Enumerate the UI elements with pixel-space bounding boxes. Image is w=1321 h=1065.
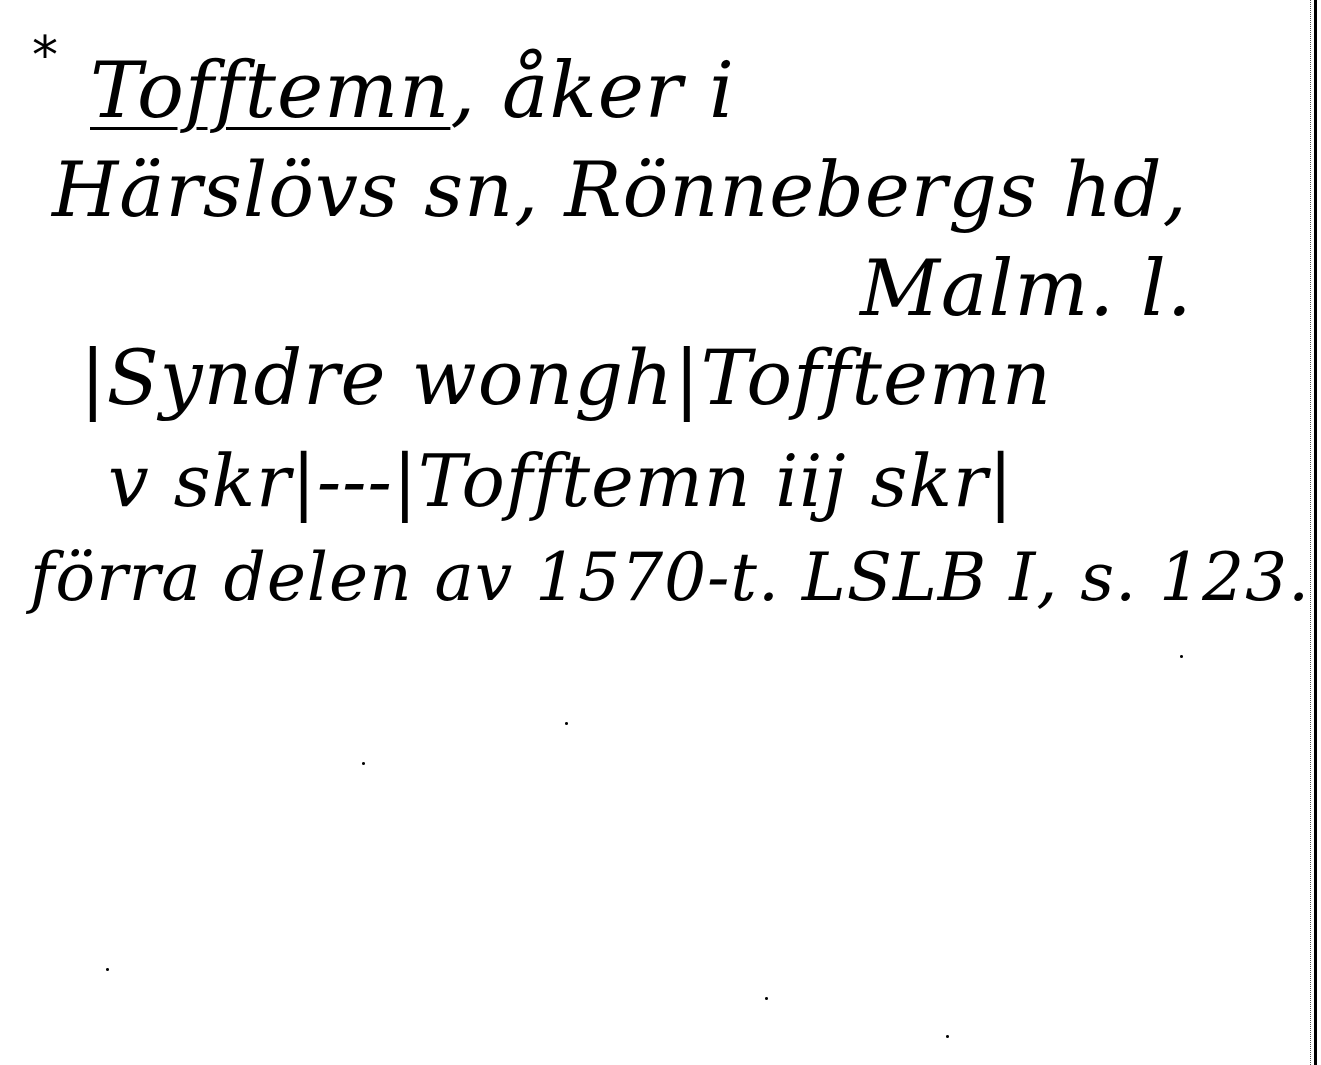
card-edge-dotted [1310, 0, 1312, 1065]
card-line-3-county: Malm. l. [860, 250, 1193, 328]
scan-speck [946, 1035, 949, 1038]
index-card: * Tofftemn, åker i Härslövs sn, Rönneber… [0, 0, 1321, 1065]
scan-speck [565, 722, 568, 725]
scan-speck [765, 997, 768, 1000]
card-line-2-parish-hundred: Härslövs sn, Rönnebergs hd, [52, 152, 1188, 228]
card-right-border [1314, 0, 1317, 1065]
scan-speck [362, 762, 365, 765]
card-line-6-date-source: förra delen av 1570-t. LSLB I, s. 123. o… [30, 545, 1321, 611]
asterisk-marker: * [32, 30, 58, 82]
card-line-5-source-form-cont: v skr|---|Tofftemn iij skr| [108, 445, 1014, 517]
headword: Tofftemn [90, 46, 450, 136]
scan-speck [1180, 655, 1183, 658]
scan-speck [106, 968, 109, 971]
card-line-1-headword-line: Tofftemn, åker i [90, 52, 735, 130]
card-line-4-source-form: |Syndre wongh|Tofftemn [80, 340, 1052, 416]
headword-description: , åker i [450, 46, 735, 136]
